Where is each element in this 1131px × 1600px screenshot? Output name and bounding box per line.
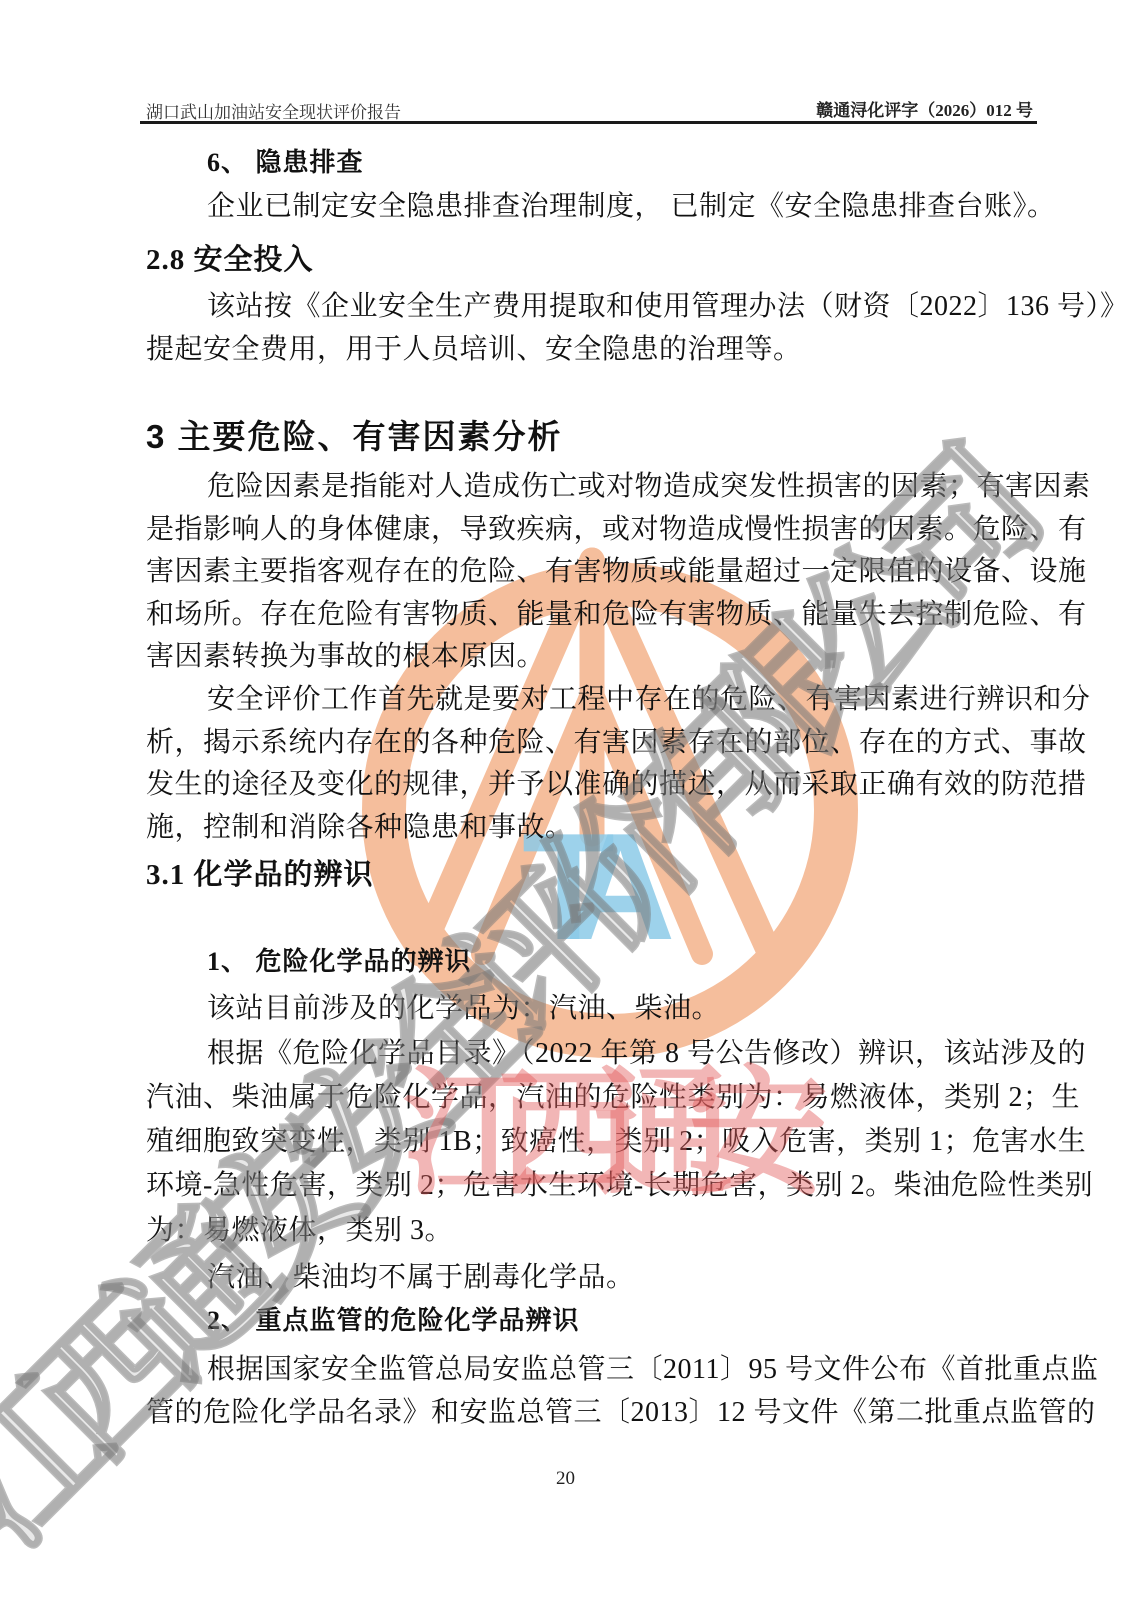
paragraph-line: 该站目前涉及的化学品为：汽油、柴油。 <box>207 992 720 1026</box>
heading-3-1-chemical-identification: 3.1 化学品的辨识 <box>146 858 374 893</box>
heading-key-supervised-chemical-identification: 2、 重点监管的危险化学品辨识 <box>207 1305 580 1336</box>
page-number: 20 <box>0 1468 1131 1490</box>
heading-2-8-safety-investment: 2.8 安全投入 <box>146 243 314 278</box>
paragraph-line: 提起安全费用，用于人员培训、安全隐患的治理等。 <box>146 333 802 367</box>
paragraph-line: 和场所。存在危险有害物质、能量和危险有害物质、能量失去控制危险、有 <box>146 598 1087 632</box>
paragraph-line: 害因素转换为事故的根本原因。 <box>146 640 545 674</box>
paragraph-line: 根据国家安全监管总局安监总管三〔2011〕95 号文件公布《首批重点监 <box>207 1353 1098 1387</box>
paragraph-line: 汽油、柴油均不属于剧毒化学品。 <box>207 1261 635 1295</box>
paragraph-line: 害因素主要指客观存在的危险、有害物质或能量超过一定限值的设备、设施 <box>146 555 1087 589</box>
paragraph-line: 企业已制定安全隐患排查治理制度， 已制定《安全隐患排查台账》。 <box>207 190 1056 224</box>
paragraph-line: 该站按《企业安全生产费用提取和使用管理办法（财资〔2022〕136 号）》 <box>207 290 1129 324</box>
paragraph-line: 管的危险化学品名录》和安监总管三〔2013〕12 号文件《第二批重点监管的 <box>146 1396 1096 1430</box>
paragraph-line: 为：易燃液体，类别 3。 <box>146 1214 453 1248</box>
paragraph-line: 发生的途径及变化的规律，并予以准确的描述，从而采取正确有效的防范措 <box>146 768 1087 802</box>
header-report-title: 湖口武山加油站安全现状评价报告 <box>146 98 401 123</box>
paragraph-line: 殖细胞致突变性，类别 1B；致癌性，类别 2；吸入危害，类别 1；危害水生 <box>146 1125 1086 1159</box>
paragraph-line: 安全评价工作首先就是要对工程中存在的危险、有害因素进行辨识和分 <box>207 683 1091 717</box>
header-doc-number: 赣通浔化评字（2026）012 号 <box>816 96 1033 121</box>
header-rule <box>140 121 1037 124</box>
paragraph-line: 环境-急性危害，类别 2；危害水生环境-长期危害，类别 2。柴油危险性类别 <box>146 1169 1093 1203</box>
document-page: 湖口武山加油站安全现状评价报告 赣通浔化评字（2026）012 号 TA 江西通… <box>0 0 1131 1600</box>
paragraph-line: 汽油、柴油属于危险化学品，汽油的危险性类别为：易燃液体，类别 2；生 <box>146 1081 1080 1115</box>
paragraph-line: 施，控制和消除各种隐患和事故。 <box>146 811 574 845</box>
paragraph-line: 析，揭示系统内存在的各种危险、有害因素存在的部位、存在的方式、事故 <box>146 726 1087 760</box>
heading-hidden-danger-inspection: 6、 隐患排查 <box>207 147 364 178</box>
paragraph-line: 是指影响人的身体健康，导致疾病，或对物造成慢性损害的因素。危险、有 <box>146 513 1087 547</box>
paragraph-line: 危险因素是指能对人造成伤亡或对物造成突发性损害的因素；有害因素 <box>207 470 1091 504</box>
heading-3-hazard-factor-analysis: 3 主要危险、有害因素分析 <box>146 417 563 457</box>
paragraph-line: 根据《危险化学品目录》（2022 年第 8 号公告修改）辨识，该站涉及的 <box>207 1037 1086 1071</box>
heading-dangerous-chemical-identification: 1、 危险化学品的辨识 <box>207 946 472 977</box>
